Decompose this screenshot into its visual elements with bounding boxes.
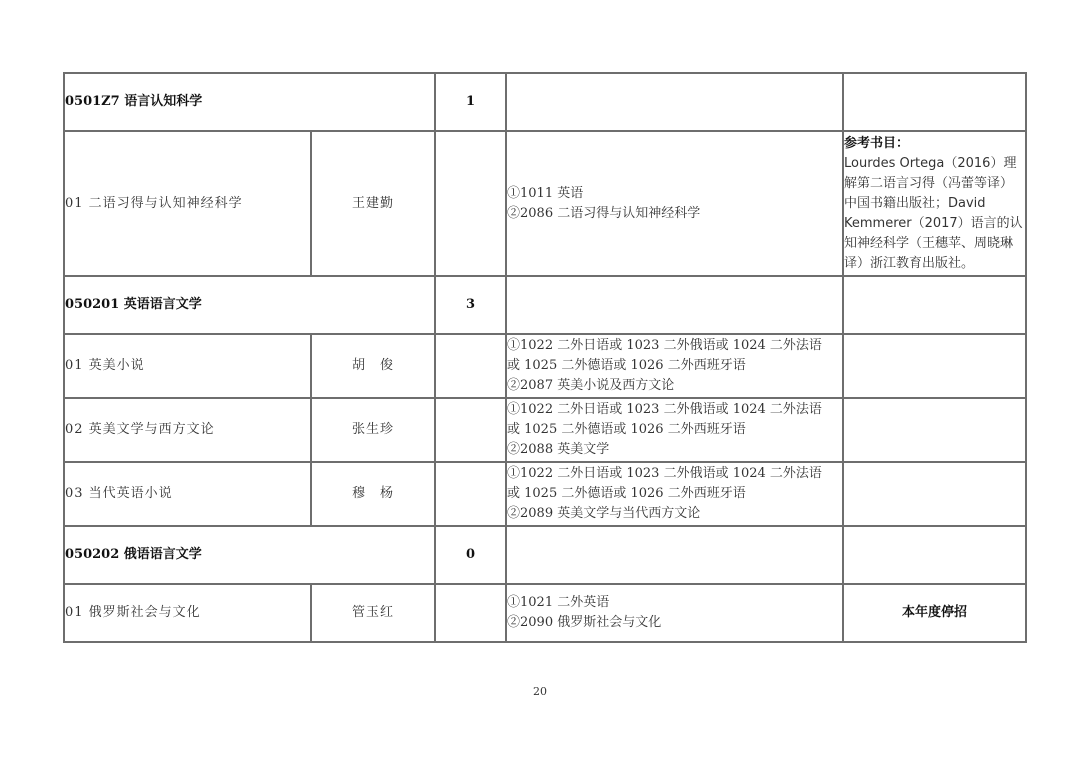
exam-line: ①1022 二外日语或 1023 二外俄语或 1024 二外法语 xyxy=(507,400,842,420)
exam-line: ②2088 英美文学 xyxy=(507,440,842,460)
direction-name: 02 英美文学与西方文论 xyxy=(64,398,311,462)
tutor-name: 胡 俊 xyxy=(311,334,435,398)
exam-cell-empty xyxy=(506,73,843,131)
direction-name: 03 当代英语小说 xyxy=(64,462,311,526)
exam-line: ②2090 俄罗斯社会与文化 xyxy=(507,613,842,633)
quota-cell-empty xyxy=(435,462,506,526)
direction-row: 01 二语习得与认知神经科学 王建勤 ①1011 英语 ②2086 二语习得与认… xyxy=(64,131,1026,276)
exam-subjects: ①1021 二外英语 ②2090 俄罗斯社会与文化 xyxy=(506,584,843,642)
exam-line: ①1011 英语 xyxy=(507,184,842,204)
exam-subjects: ①1011 英语 ②2086 二语习得与认知神经科学 xyxy=(506,131,843,276)
reference-title: 参考书目： xyxy=(844,134,1025,154)
exam-cell-empty xyxy=(506,276,843,334)
quota-cell-empty xyxy=(435,334,506,398)
quota-cell-empty xyxy=(435,131,506,276)
major-name: 050202 俄语语言文学 xyxy=(64,526,435,584)
major-name: 0501Z7 语言认知科学 xyxy=(64,73,435,131)
suspended-note: 本年度停招 xyxy=(843,584,1026,642)
major-name: 050201 英语语言文学 xyxy=(64,276,435,334)
remark-cell-empty xyxy=(843,398,1026,462)
exam-subjects: ①1022 二外日语或 1023 二外俄语或 1024 二外法语 或 1025 … xyxy=(506,462,843,526)
direction-row: 03 当代英语小说 穆 杨 ①1022 二外日语或 1023 二外俄语或 102… xyxy=(64,462,1026,526)
exam-line: 或 1025 二外德语或 1026 二外西班牙语 xyxy=(507,420,842,440)
exam-subjects: ①1022 二外日语或 1023 二外俄语或 1024 二外法语 或 1025 … xyxy=(506,334,843,398)
page-number: 20 xyxy=(0,685,1080,698)
direction-row: 01 俄罗斯社会与文化 管玉红 ①1021 二外英语 ②2090 俄罗斯社会与文… xyxy=(64,584,1026,642)
direction-row: 02 英美文学与西方文论 张生珍 ①1022 二外日语或 1023 二外俄语或 … xyxy=(64,398,1026,462)
direction-name: 01 二语习得与认知神经科学 xyxy=(64,131,311,276)
tutor-name: 王建勤 xyxy=(311,131,435,276)
remark-cell-empty xyxy=(843,73,1026,131)
remark-cell-empty xyxy=(843,334,1026,398)
quota: 0 xyxy=(435,526,506,584)
direction-name: 01 俄罗斯社会与文化 xyxy=(64,584,311,642)
remark-cell-empty xyxy=(843,462,1026,526)
direction-row: 01 英美小说 胡 俊 ①1022 二外日语或 1023 二外俄语或 1024 … xyxy=(64,334,1026,398)
exam-line: ①1022 二外日语或 1023 二外俄语或 1024 二外法语 xyxy=(507,336,842,356)
quota: 1 xyxy=(435,73,506,131)
reference-books: 参考书目： Lourdes Ortega（2016）理解第二语言习得（冯蕾等译）… xyxy=(843,131,1026,276)
exam-line: ①1022 二外日语或 1023 二外俄语或 1024 二外法语 xyxy=(507,464,842,484)
direction-name: 01 英美小说 xyxy=(64,334,311,398)
exam-line: ②2087 英美小说及西方文论 xyxy=(507,376,842,396)
exam-line: ①1021 二外英语 xyxy=(507,593,842,613)
quota-cell-empty xyxy=(435,584,506,642)
exam-line: 或 1025 二外德语或 1026 二外西班牙语 xyxy=(507,356,842,376)
tutor-name: 张生珍 xyxy=(311,398,435,462)
exam-subjects: ①1022 二外日语或 1023 二外俄语或 1024 二外法语 或 1025 … xyxy=(506,398,843,462)
remark-cell-empty xyxy=(843,276,1026,334)
major-row: 050201 英语语言文学 3 xyxy=(64,276,1026,334)
exam-line: 或 1025 二外德语或 1026 二外西班牙语 xyxy=(507,484,842,504)
tutor-name: 穆 杨 xyxy=(311,462,435,526)
quota-cell-empty xyxy=(435,398,506,462)
exam-line: ②2089 英美文学与当代西方文论 xyxy=(507,504,842,524)
quota: 3 xyxy=(435,276,506,334)
major-row: 050202 俄语语言文学 0 xyxy=(64,526,1026,584)
exam-line: ②2086 二语习得与认知神经科学 xyxy=(507,204,842,224)
remark-cell-empty xyxy=(843,526,1026,584)
reference-text: Lourdes Ortega（2016）理解第二语言习得（冯蕾等译）中国书籍出版… xyxy=(844,154,1025,274)
tutor-name: 管玉红 xyxy=(311,584,435,642)
exam-cell-empty xyxy=(506,526,843,584)
major-row: 0501Z7 语言认知科学 1 xyxy=(64,73,1026,131)
enrollment-plan-table: 0501Z7 语言认知科学 1 01 二语习得与认知神经科学 王建勤 ①1011… xyxy=(63,72,1027,643)
